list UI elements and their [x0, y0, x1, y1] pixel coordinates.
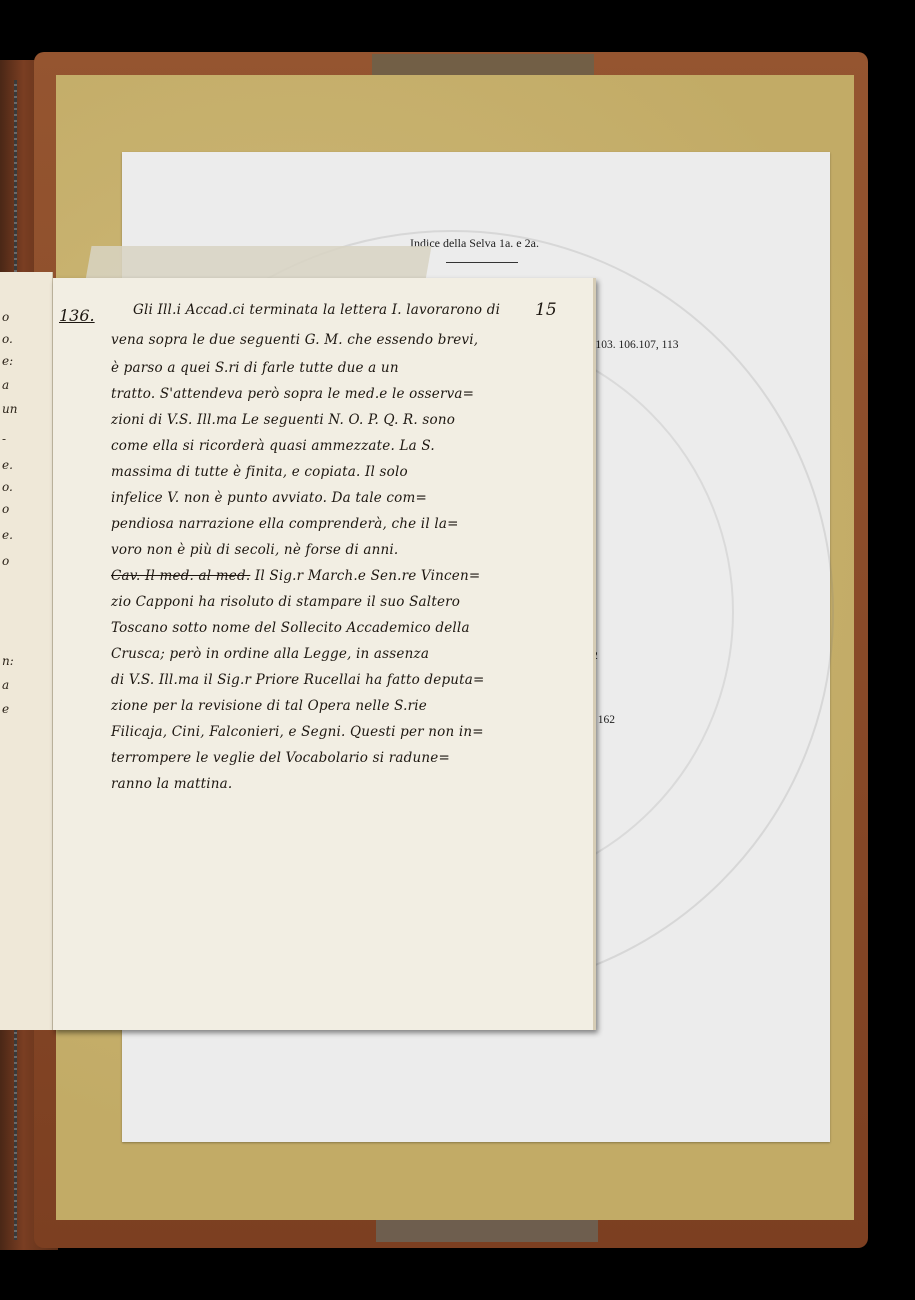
page-fragment: e: [2, 702, 9, 716]
page-fragment: a: [2, 678, 9, 692]
left-facing-page: o o. e: a un - e. o. o e. o n: a e: [0, 272, 53, 1030]
page-fragment: a: [2, 378, 9, 392]
index-entry: 1, 103. 106.107, 113: [584, 339, 678, 351]
page-fragment: un: [2, 402, 17, 416]
page-fragment: o: [2, 554, 9, 568]
manuscript-lower: [53, 278, 593, 1030]
page-fragment: e.: [2, 528, 13, 542]
page-fragment: n:: [2, 654, 14, 668]
page-fragment: o: [2, 502, 9, 516]
page-fragment: o: [2, 310, 9, 324]
page-fragment: e:: [2, 354, 13, 368]
page-fragment: o.: [2, 332, 13, 346]
page-fragment: e.: [2, 458, 13, 472]
title-rule: [446, 262, 518, 263]
page-fragment: o.: [2, 480, 13, 494]
page-fragment: -: [2, 432, 6, 446]
